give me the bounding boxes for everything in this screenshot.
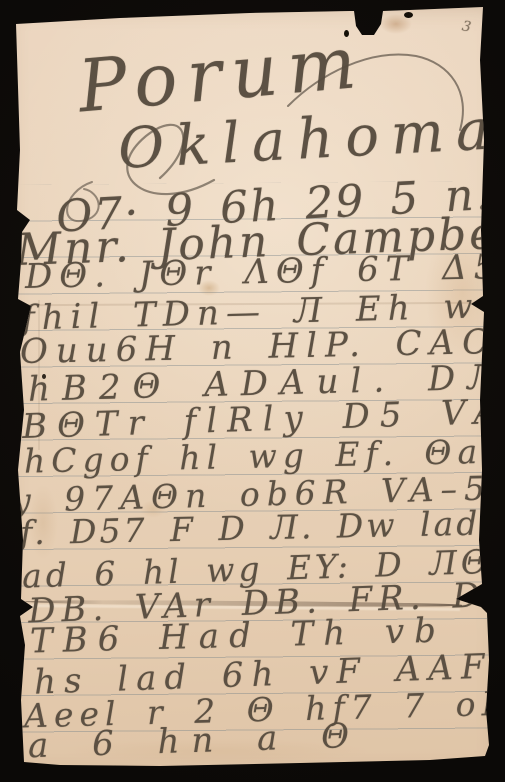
letter-paper: Porum Oklahoma O7· 9 6h 29 5 n. 1914. Mn… [0,0,505,782]
header-state: Oklahoma [117,102,503,178]
letter-line: a 6 hn a Θ [28,719,362,763]
photo-backdrop: Porum Oklahoma O7· 9 6h 29 5 n. 1914. Mn… [0,0,505,782]
paper-speck [404,12,413,18]
page-annotation: 3 [461,19,472,34]
